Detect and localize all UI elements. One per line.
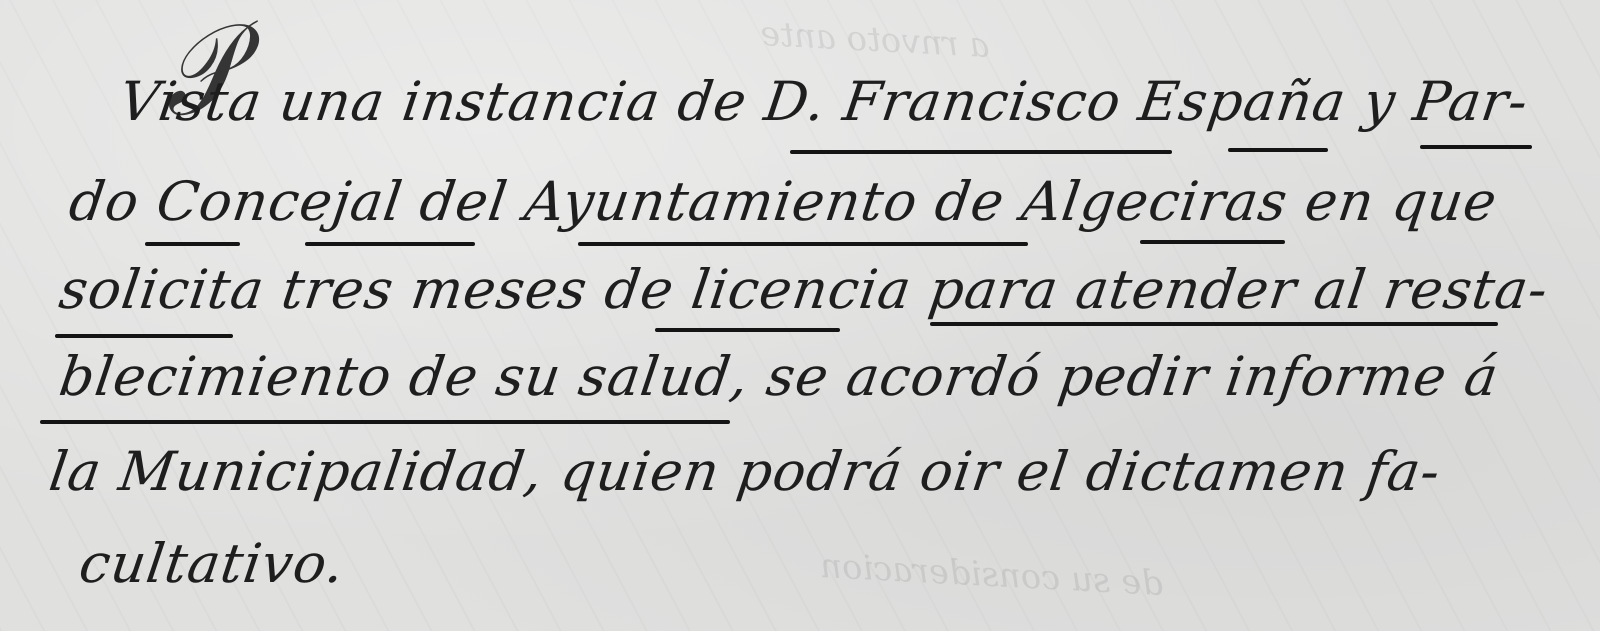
- underline: [1420, 145, 1532, 149]
- underline: [55, 334, 233, 338]
- line-text: la Municipalidad, quien podrá oir el dic…: [46, 440, 1445, 503]
- manuscript-line-4: blecimiento de su salud, se acordó pedir…: [0, 345, 1503, 408]
- line-text: Vista una instancia de D. Francisco Espa…: [116, 70, 1533, 133]
- line-text: solicita tres meses de licencia para ate…: [56, 258, 1553, 321]
- line-text: cultativo.: [76, 532, 349, 595]
- underline: [930, 322, 1498, 326]
- manuscript-line-6: cultativo.: [0, 532, 349, 595]
- manuscript-line-1: Vista una instancia de D. Francisco Espa…: [0, 70, 1532, 133]
- bleed-through-text: a rnvoto ante: [759, 14, 991, 66]
- underline: [655, 328, 840, 332]
- underline: [305, 242, 475, 246]
- manuscript-line-5: la Municipalidad, quien podrá oir el dic…: [0, 440, 1445, 503]
- manuscript-line-3: solicita tres meses de licencia para ate…: [0, 258, 1552, 321]
- bleed-through-text: de su consideracion: [819, 546, 1164, 604]
- line-text: blecimiento de su salud, se acordó pedir…: [56, 345, 1503, 408]
- manuscript-page: a rnvoto ante de su consideracion 𝒫 Vist…: [0, 0, 1600, 631]
- underline: [1140, 240, 1285, 244]
- manuscript-line-2: do Concejal del Ayuntamiento de Algecira…: [0, 170, 1501, 233]
- underline: [578, 242, 1028, 246]
- underline: [790, 150, 1172, 154]
- line-text: do Concejal del Ayuntamiento de Algecira…: [66, 170, 1502, 233]
- underline: [1228, 148, 1328, 152]
- underline: [145, 242, 240, 246]
- underline: [40, 420, 730, 424]
